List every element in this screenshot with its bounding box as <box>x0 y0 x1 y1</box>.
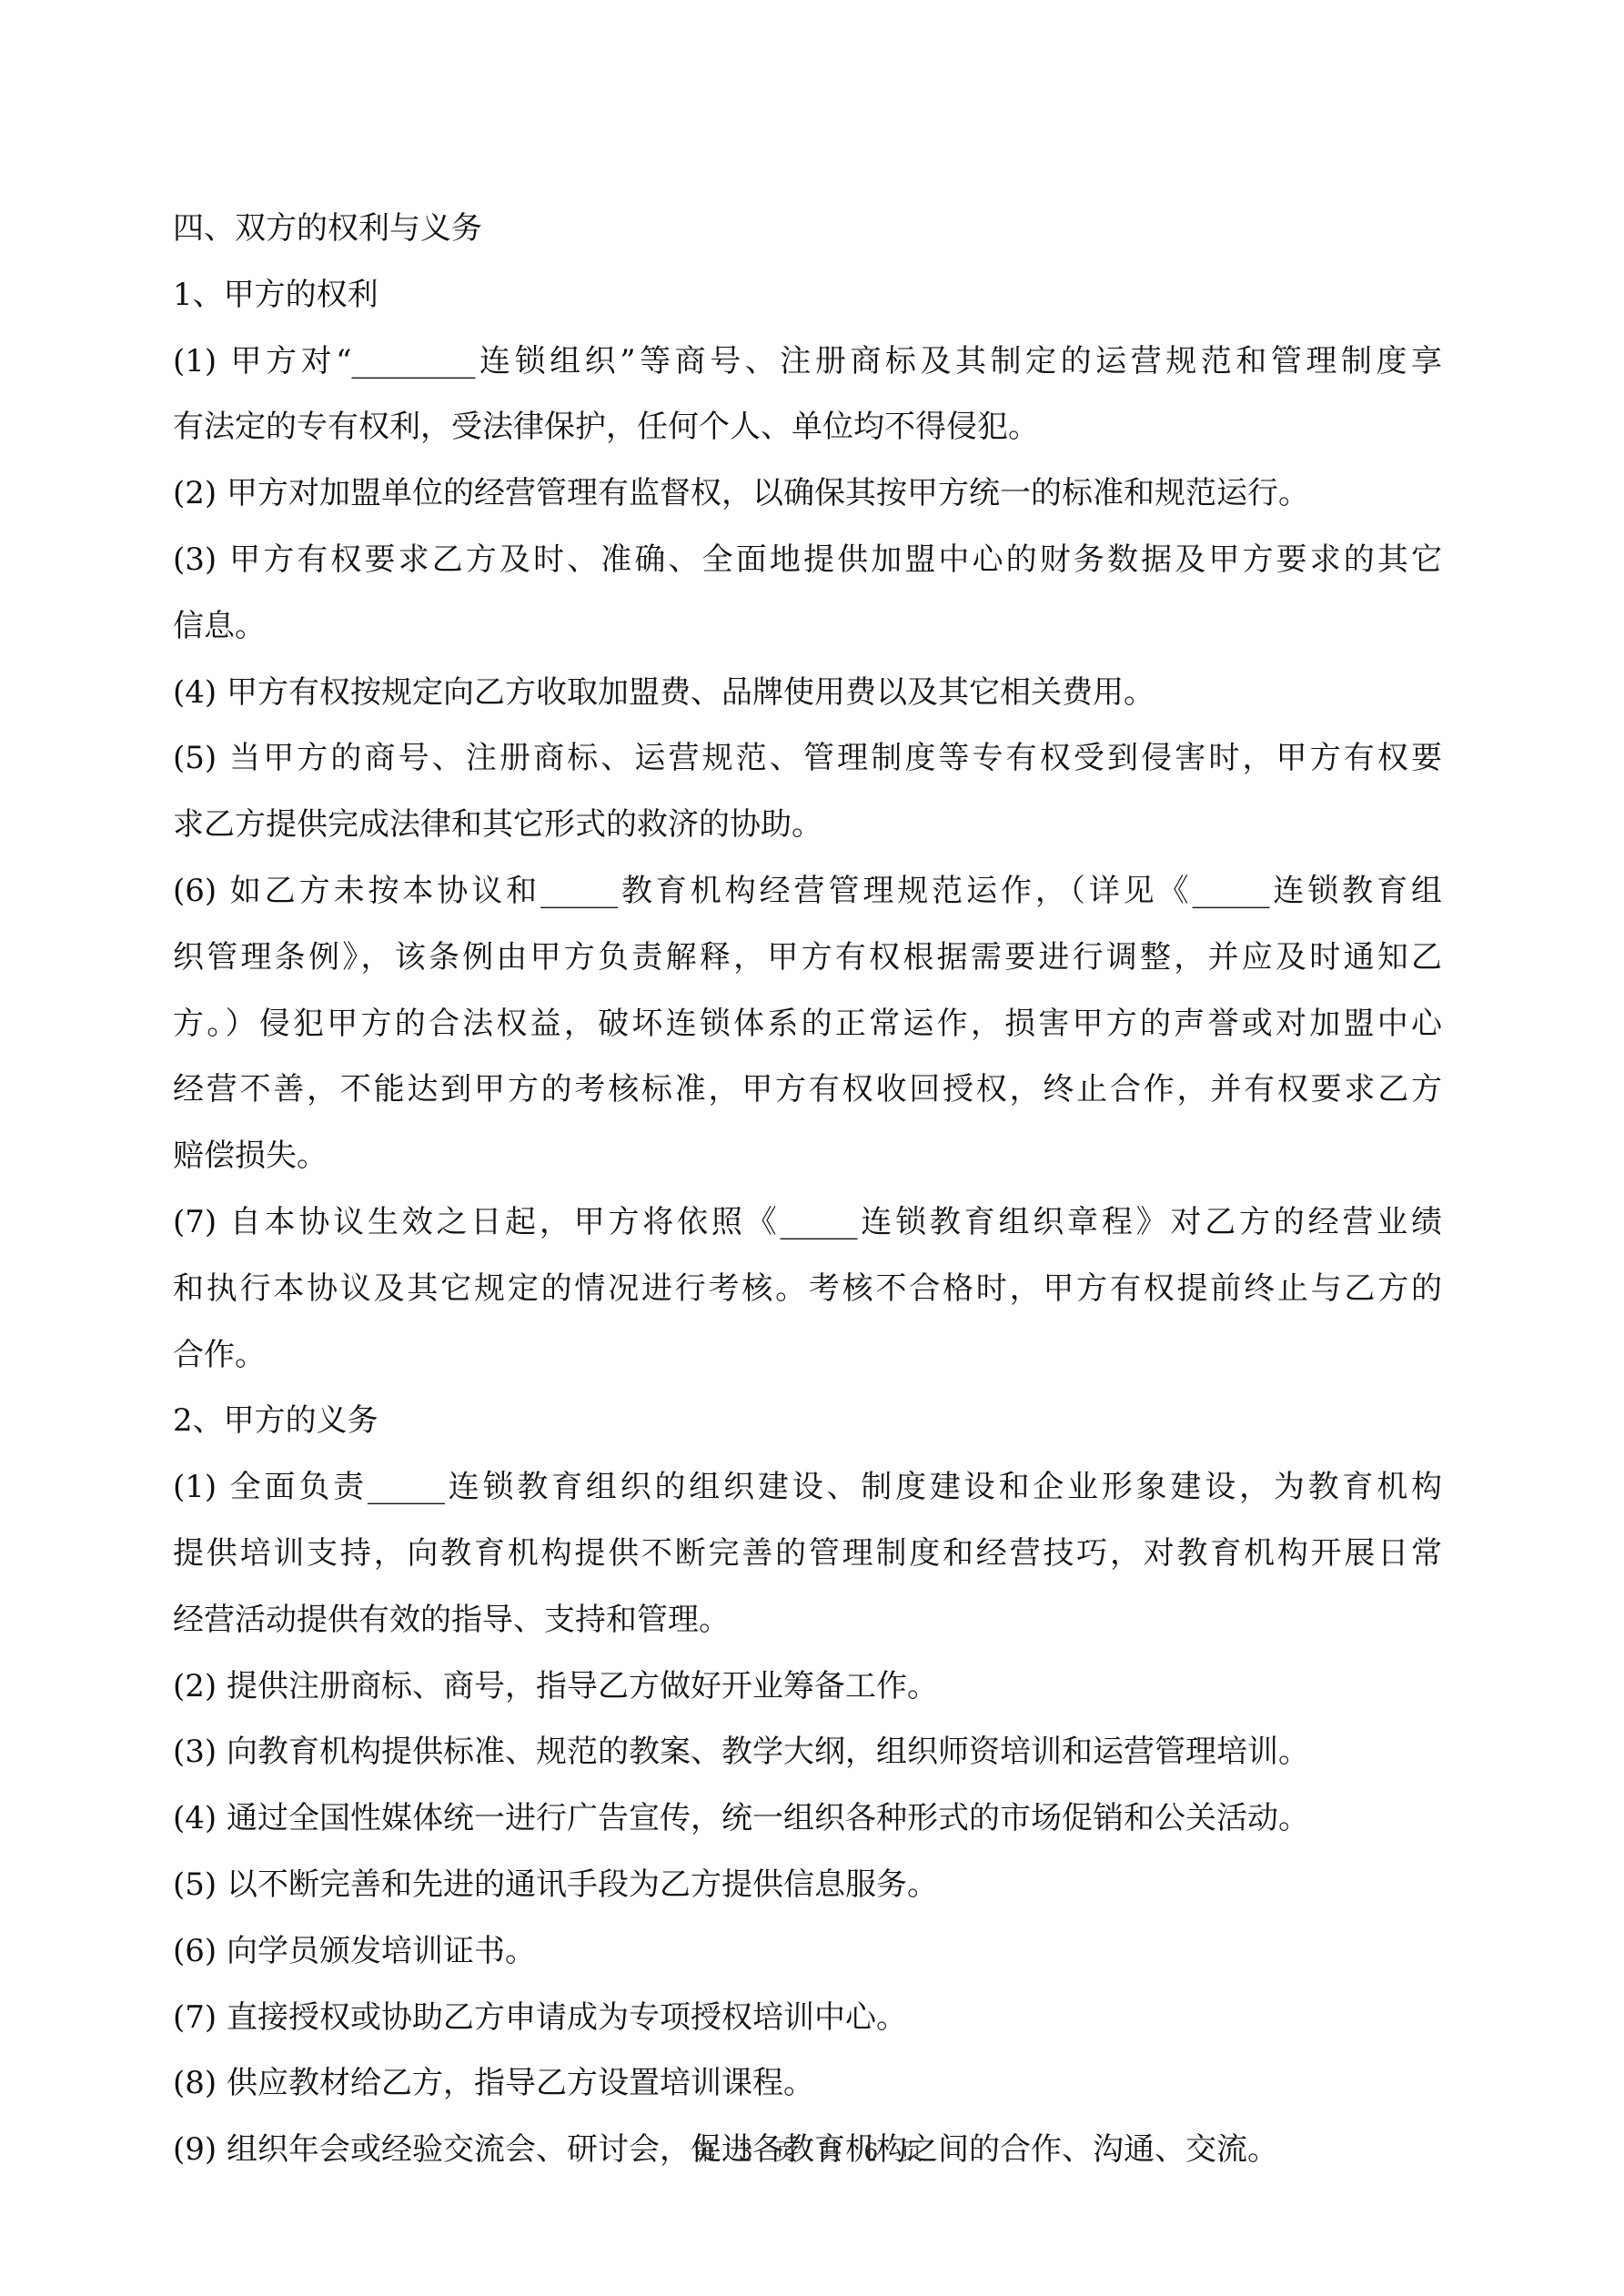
page-number-footer: 第 3 页 共 6 页 <box>0 2134 1624 2167</box>
list-item: (2) 提供注册商标、商号，指导乙方做好开业筹备工作。 <box>173 1654 1442 1720</box>
paragraph-line: 经营不善，不能达到甲方的考核标准，甲方有权收回授权，终止合作，并有权要求乙方 <box>173 1057 1442 1123</box>
paragraph-line: 合作。 <box>173 1322 1442 1389</box>
subsection-rights: 1、甲方的权利 (1) 甲方对“________连锁组织”等商号、注册商标及其制… <box>173 262 1442 1389</box>
paragraph-line: (7) 自本协议生效之日起，甲方将依照《_____连锁教育组织章程》对乙方的经营… <box>173 1189 1442 1256</box>
paragraph-line: 经营活动提供有效的指导、支持和管理。 <box>173 1587 1442 1654</box>
list-item: (6) 如乙方未按本协议和_____教育机构经营管理规范运作，（详见《_____… <box>173 858 1442 1189</box>
paragraph-line: (6) 向学员颁发培训证书。 <box>173 1918 1442 1985</box>
paragraph-line: 赔偿损失。 <box>173 1123 1442 1189</box>
paragraph-line: 方。）侵犯甲方的合法权益，破坏连锁体系的正常运作，损害甲方的声誉或对加盟中心 <box>173 991 1442 1057</box>
document-body: 四、双方的权利与义务 1、甲方的权利 (1) 甲方对“________连锁组织”… <box>173 196 1442 2183</box>
list-item: (1) 甲方对“________连锁组织”等商号、注册商标及其制定的运营规范和管… <box>173 329 1442 461</box>
list-item: (7) 自本协议生效之日起，甲方将依照《_____连锁教育组织章程》对乙方的经营… <box>173 1189 1442 1388</box>
list-item: (5) 以不断完善和先进的通讯手段为乙方提供信息服务。 <box>173 1852 1442 1918</box>
list-item: (3) 甲方有权要求乙方及时、准确、全面地提供加盟中心的财务数据及甲方要求的其它… <box>173 527 1442 660</box>
paragraph-line: (6) 如乙方未按本协议和_____教育机构经营管理规范运作，（详见《_____… <box>173 858 1442 925</box>
paragraph-line: 信息。 <box>173 593 1442 660</box>
list-item: (1) 全面负责_____连锁教育组织的组织建设、制度建设和企业形象建设，为教育… <box>173 1454 1442 1653</box>
paragraph-line: 求乙方提供完成法律和其它形式的救济的协助。 <box>173 792 1442 858</box>
list-item: (3) 向教育机构提供标准、规范的教案、教学大纲，组织师资培训和运营管理培训。 <box>173 1719 1442 1785</box>
paragraph-line: 提供培训支持，向教育机构提供不断完善的管理制度和经营技巧，对教育机构开展日常 <box>173 1521 1442 1587</box>
list-item: (8) 供应教材给乙方，指导乙方设置培训课程。 <box>173 2050 1442 2117</box>
list-item: (5) 当甲方的商号、注册商标、运营规范、管理制度等专有权受到侵害时，甲方有权要… <box>173 725 1442 858</box>
list-item: (4) 通过全国性媒体统一进行广告宣传，统一组织各种形式的市场促销和公关活动。 <box>173 1785 1442 1852</box>
paragraph-line: 和执行本协议及其它规定的情况进行考核。考核不合格时，甲方有权提前终止与乙方的 <box>173 1256 1442 1322</box>
section-title: 四、双方的权利与义务 <box>173 196 1442 262</box>
paragraph-line: (3) 甲方有权要求乙方及时、准确、全面地提供加盟中心的财务数据及甲方要求的其它 <box>173 527 1442 593</box>
paragraph-line: 织管理条例》，该条例由甲方负责解释，甲方有权根据需要进行调整，并应及时通知乙 <box>173 925 1442 991</box>
paragraph-line: (5) 当甲方的商号、注册商标、运营规范、管理制度等专有权受到侵害时，甲方有权要 <box>173 725 1442 792</box>
list-item: (4) 甲方有权按规定向乙方收取加盟费、品牌使用费以及其它相关费用。 <box>173 660 1442 726</box>
list-item: (6) 向学员颁发培训证书。 <box>173 1918 1442 1985</box>
subsection-heading: 2、甲方的义务 <box>173 1388 1442 1454</box>
paragraph-line: (3) 向教育机构提供标准、规范的教案、教学大纲，组织师资培训和运营管理培训。 <box>173 1719 1442 1785</box>
subsection-heading: 1、甲方的权利 <box>173 262 1442 329</box>
paragraph-line: (4) 通过全国性媒体统一进行广告宣传，统一组织各种形式的市场促销和公关活动。 <box>173 1785 1442 1852</box>
paragraph-line: 有法定的专有权利，受法律保护，任何个人、单位均不得侵犯。 <box>173 394 1442 460</box>
list-item: (7) 直接授权或协助乙方申请成为专项授权培训中心。 <box>173 1985 1442 2051</box>
paragraph-line: (2) 甲方对加盟单位的经营管理有监督权，以确保其按甲方统一的标准和规范运行。 <box>173 460 1442 527</box>
paragraph-line: (5) 以不断完善和先进的通讯手段为乙方提供信息服务。 <box>173 1852 1442 1918</box>
paragraph-line: (1) 全面负责_____连锁教育组织的组织建设、制度建设和企业形象建设，为教育… <box>173 1454 1442 1521</box>
list-item: (2) 甲方对加盟单位的经营管理有监督权，以确保其按甲方统一的标准和规范运行。 <box>173 460 1442 527</box>
paragraph-line: (8) 供应教材给乙方，指导乙方设置培训课程。 <box>173 2050 1442 2117</box>
paragraph-line: (2) 提供注册商标、商号，指导乙方做好开业筹备工作。 <box>173 1654 1442 1720</box>
subsection-obligations: 2、甲方的义务 (1) 全面负责_____连锁教育组织的组织建设、制度建设和企业… <box>173 1388 1442 2183</box>
paragraph-line: (4) 甲方有权按规定向乙方收取加盟费、品牌使用费以及其它相关费用。 <box>173 660 1442 726</box>
paragraph-line: (1) 甲方对“________连锁组织”等商号、注册商标及其制定的运营规范和管… <box>173 329 1442 395</box>
paragraph-line: (7) 直接授权或协助乙方申请成为专项授权培训中心。 <box>173 1985 1442 2051</box>
